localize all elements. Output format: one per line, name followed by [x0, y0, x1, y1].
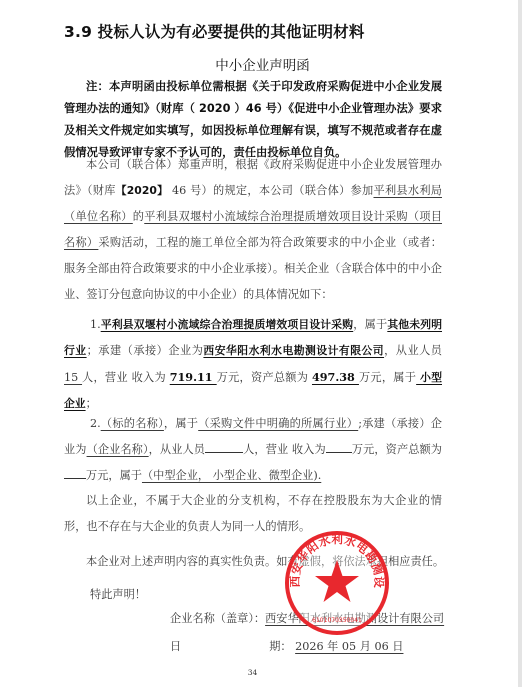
item-text: 万元，属于: [359, 371, 416, 384]
signature-date-row: 日期： 2026 年 05 月 06 日: [170, 638, 403, 654]
item-text: 属于: [120, 469, 142, 482]
revenue-blank: [326, 440, 352, 453]
date-value: 2026 年 05 月 06 日: [295, 640, 403, 653]
item-text: ；承建（承接）企业为: [87, 344, 204, 357]
document-number: 【2020】: [116, 184, 168, 197]
declaration-text: 46 号）的规定，本公司（联合体）参加: [168, 184, 373, 197]
page-number: 34: [0, 668, 505, 677]
target-name: 平利县双堰村小流域综合治理提质增效项目设计采购: [101, 318, 354, 331]
date-label: 日: [170, 640, 181, 653]
item-text: 人，: [82, 371, 105, 384]
date-label: 期：: [269, 640, 291, 653]
item-text: ；: [86, 397, 97, 410]
industry-placeholder: （采购文件中明确的所属行业）: [198, 417, 358, 430]
staff-count: 15: [64, 371, 82, 384]
company-name: 西安华阳水利水电勘测设计有限公司: [203, 344, 384, 357]
target-name-placeholder: （标的名称）: [101, 417, 164, 430]
item-text: 营业 收入为: [105, 371, 170, 384]
item-number: 1.: [90, 318, 101, 331]
item-text: 万元，: [86, 469, 120, 482]
svg-text:6101070350041: 6101070350041: [312, 617, 362, 624]
item-number: 2.: [90, 417, 101, 430]
staff-blank: [205, 440, 243, 453]
section-title: 3.9 投标人认为有必要提供的其他证明材料: [64, 20, 365, 42]
enterprise-size-placeholder: （中型企业， 小型企业、微型企业).: [142, 469, 321, 482]
company-name-placeholder: （企业名称）: [87, 443, 149, 456]
note-paragraph: 注：本声明函由投标单位需根据《关于印发政府采购促进中小企业发展管理办法的通知》（…: [64, 76, 442, 164]
assets-value: 497.38: [312, 370, 359, 384]
enterprise-item-2: 2.（标的名称），属于（采购文件中明确的所属行业）;承建（承接）企业为（企业名称…: [64, 411, 442, 489]
declaration-text: 的: [133, 210, 144, 223]
page-edge-shadow: [518, 0, 522, 687]
declaration-paragraph: 本公司（联合体）郑重声明，根据《政府采购促进中小企业发展管理办法》（财库【202…: [64, 152, 442, 308]
item-text: ，属于: [164, 417, 198, 430]
item-text: 万元，资产总额为: [352, 443, 442, 456]
item-text: 人，营业 收入为: [243, 443, 326, 456]
special-statement: 特此声明！: [90, 586, 146, 602]
document-title: 中小企业声明函: [0, 54, 525, 74]
item-text: ，属于: [353, 318, 387, 331]
enterprise-item-1: 1.平利县双堰村小流域综合治理提质增效项目设计采购，属于其他未列明行业；承建（承…: [64, 312, 442, 417]
company-label: 企业名称（盖章）：: [170, 612, 265, 625]
item-text: 万元，资产总额为: [217, 371, 312, 384]
item-text: ，从业人员: [149, 443, 205, 456]
revenue-value: 719.11: [170, 370, 217, 384]
company-seal-icon: 西安华阳水利水电勘测设计有限公司 6101070350041: [282, 528, 392, 638]
item-text: ，从业人员: [384, 344, 442, 357]
assets-blank: [64, 466, 86, 479]
declaration-text: 采购活动，工程的施工单位全部为符合政策要求的中小企业（或者：服务全部由符合政策要…: [64, 236, 442, 301]
